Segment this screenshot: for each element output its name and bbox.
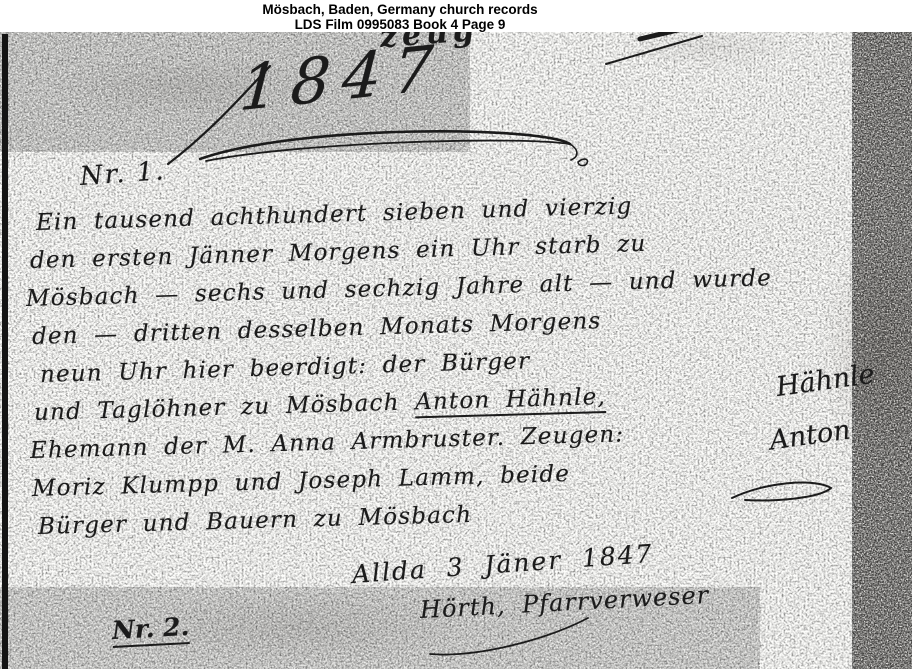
record-line: den ersten Jänner Morgens ein Uhr starb … xyxy=(30,231,647,274)
record-line: Ein tausend achthundert sieben und vierz… xyxy=(36,193,633,236)
caption: Mösbach, Baden, Germany church records L… xyxy=(0,3,800,32)
line6-prefix: und Taglöhner zu Mösbach xyxy=(34,389,416,426)
entry2-label: Nr. 2. xyxy=(111,612,190,645)
margin-name-annotation: Hähnle Anton xyxy=(773,349,886,466)
signature-line: Hörth, Pfarrverweser xyxy=(419,581,710,624)
signature-underflourish xyxy=(430,618,588,655)
line8-end-flourish xyxy=(732,483,831,501)
year-swash-tail xyxy=(570,144,587,166)
scanned-document: zeug 1847 Nr. 1. Ein tausend achthundert… xyxy=(0,32,912,669)
topright-thick-dash xyxy=(640,32,678,39)
year-underline-swash-top xyxy=(200,131,570,159)
record-line: und Taglöhner zu Mösbach Anton Hähnle, xyxy=(34,384,607,426)
year-underline-swash-bottom xyxy=(206,141,569,161)
record-line: Bürger und Bauern zu Mösbach xyxy=(38,502,473,540)
screenshot-root: Mösbach, Baden, Germany church records L… xyxy=(0,0,912,669)
entry1-label: Nr. 1. xyxy=(79,156,167,192)
record-line: Ehemann der M. Anna Armbruster. Zeugen: xyxy=(30,421,625,464)
date-line: Allda 3 Jäner 1847 xyxy=(351,539,654,589)
topright-diagonal-stroke xyxy=(606,36,702,64)
caption-line2: LDS Film 0995083 Book 4 Page 9 xyxy=(0,18,800,33)
record-line: den — dritten desselben Monats Morgens xyxy=(32,308,602,350)
scan-left-edge-bar xyxy=(2,34,8,669)
record-line: Mösbach — sechs und sechzig Jahre alt — … xyxy=(26,265,773,312)
record-line: Moriz Klumpp und Joseph Lamm, beide xyxy=(32,461,571,502)
record-line: neun Uhr hier beerdigt: der Bürger xyxy=(40,348,531,388)
caption-line1: Mösbach, Baden, Germany church records xyxy=(0,3,800,18)
entry2-label-text: Nr. 2. xyxy=(111,612,190,648)
year-heading: 1847 xyxy=(237,32,447,125)
underlined-deceased-name: Anton Hähnle, xyxy=(415,384,607,418)
